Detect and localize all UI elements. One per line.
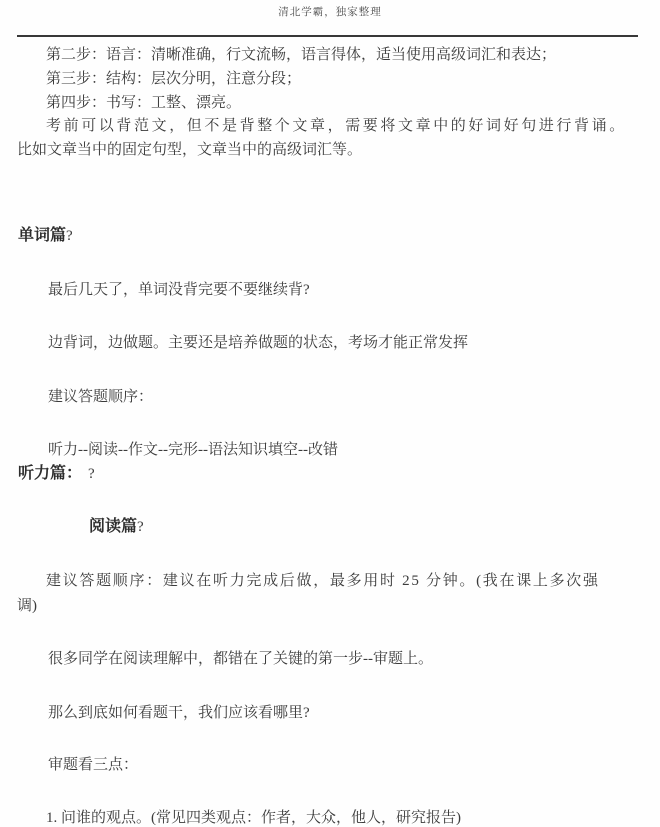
answer-order-list: 听力--阅读--作文--完形--语法知识填空--改错: [48, 440, 338, 460]
answer-order-title: 建议答题顺序：: [48, 387, 153, 407]
section-heading-reading: 阅读篇?: [89, 517, 144, 537]
exam-prep-paragraph-line-1: 考前可以背范文，但不是背整个文章，需要将文章中的好词好句进行背诵。: [46, 116, 627, 136]
section-heading-words-label: 单词篇: [18, 227, 66, 244]
three-points-title: 审题看三点：: [48, 755, 138, 775]
reading-advice-line-1: 建议答题顺序：建议在听力完成后做，最多用时 25 分钟。(我在课上多次强: [46, 571, 600, 591]
page-header-watermark: 清北学霸，独家整理: [0, 6, 660, 20]
section-heading-reading-label: 阅读篇: [89, 518, 137, 535]
section-heading-words: 单词篇?: [18, 226, 73, 246]
words-section-advice: 边背词，边做题。主要还是培养做题的状态，考场才能正常发挥: [48, 333, 468, 353]
writing-step-2-line: 第二步：语言：清晰准确，行文流畅，语言得体，适当使用高级词汇和表达；: [46, 45, 556, 65]
words-section-question: 最后几天了，单词没背完要不要继续背?: [48, 280, 310, 300]
section-heading-listening: 听力篇：?: [18, 464, 95, 484]
point-1-line: 1. 问谁的观点。(常见四类观点：作者，大众，他人，研究报告): [46, 808, 461, 827]
writing-step-4-line: 第四步：书写：工整、漂亮。: [46, 93, 241, 113]
section-heading-listening-question-mark: ?: [88, 466, 95, 482]
header-divider-line: [17, 35, 638, 37]
section-heading-words-question-mark: ?: [66, 228, 73, 244]
reading-common-mistake-line: 很多同学在阅读理解中，都错在了关键的第一步--审题上。: [48, 649, 433, 669]
reading-advice-line-2: 调): [17, 596, 37, 616]
section-heading-reading-question-mark: ?: [137, 519, 144, 535]
writing-step-3-line: 第三步：结构：层次分明，注意分段；: [46, 69, 301, 89]
exam-prep-paragraph-line-2: 比如文章当中的固定句型，文章当中的高级词汇等。: [17, 140, 362, 160]
question-stem-line: 那么到底如何看题干，我们应该看哪里?: [48, 703, 310, 723]
section-heading-listening-label: 听力篇：: [18, 465, 82, 482]
document-page: 清北学霸，独家整理 第二步：语言：清晰准确，行文流畅，语言得体，适当使用高级词汇…: [0, 0, 660, 827]
